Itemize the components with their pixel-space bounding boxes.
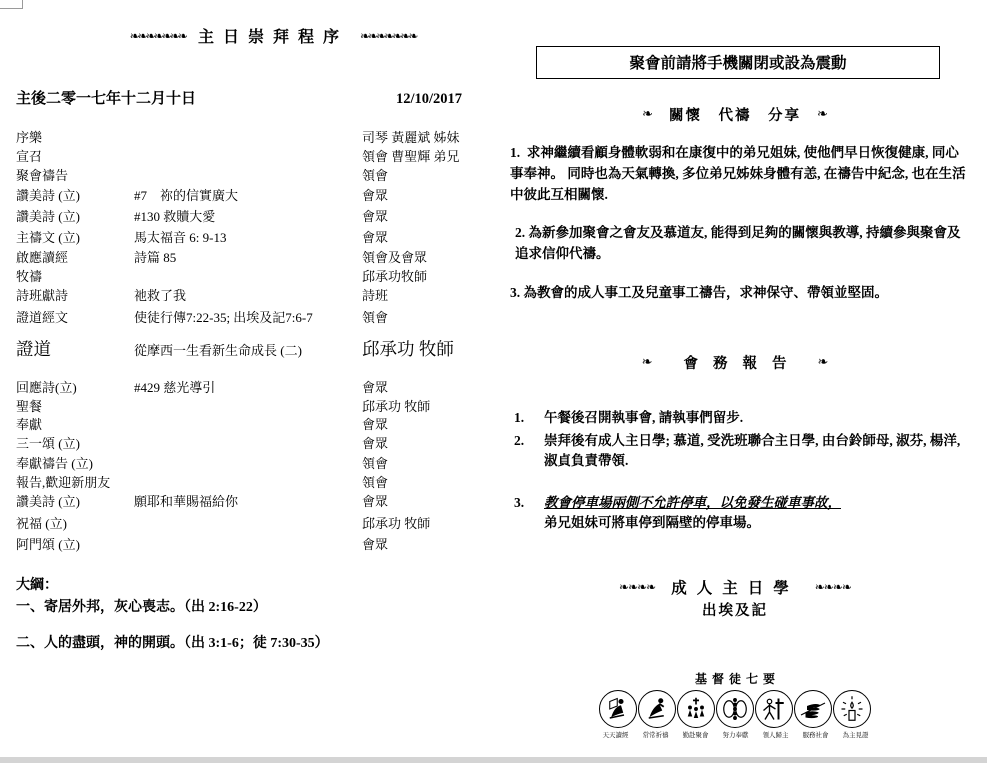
church-meeting-icon [677,690,715,728]
report-item: 1. 午餐後召開執事會, 請執事們留步. [514,408,968,428]
window-corner-artifact [0,0,23,9]
bulletin-sheet: ❧❧❧❧❧❧❧ 主日崇拜程序 ❧❧❧❧❧❧❧ 主後二零一七年十二月十日 12/1… [0,0,987,763]
program-detail: #429 慈光導引 [134,379,362,397]
worship-order-title: 主日崇拜程序 [198,24,348,47]
program-row: 詩班獻詩祂救了我詩班 [16,287,490,305]
program-leader: 領會 [362,167,490,185]
program-leader: 領會及會眾 [362,249,490,267]
date-chinese: 主後二零一七年十二月十日 [16,87,196,108]
program-leader: 邱承功 牧師 [362,337,490,362]
parking-warning-underlined: 教會停車場兩側不允許停車，以免發生碰車事故， [544,493,841,513]
loaves-fishes-icon [716,690,754,728]
sermon-outline: 大綱： 一、寄居外邦，灰心喪志。（出 2:16-22） 二、人的盡頭，神的開頭。… [16,574,490,653]
program-item: 證道經文 [16,309,134,327]
program-leader: 會眾 [362,435,490,453]
serving-hands-icon [794,690,832,728]
sunday-school-subtitle: 出埃及記 [500,599,970,620]
essential-label: 努力奉獻 [717,730,753,739]
candle-witness-icon [833,690,871,728]
prayer-number: 1. [510,145,520,160]
swirl-ornament-icon: ❧ [642,355,653,370]
report-item: 3. 教會停車場兩側不允許停車，以免發生碰車事故， 弟兄姐妹可將車停到隔壁的停車… [514,493,968,533]
program-leader: 邱承功 牧師 [362,515,490,533]
program-leader: 會眾 [362,208,490,226]
program-row-sermon: 證道從摩西一生看新生命成長 (二)邱承功 牧師 [16,337,490,363]
essential-label: 領人歸主 [757,730,793,739]
program-row: 三一頌 (立)會眾 [16,435,490,453]
announcements-page: 聚會前請將手機關閉或設為震動 ❧ 關懷 代禱 分享 ❧ 1. 求神繼續看顧身體軟… [500,46,970,740]
essential-label: 為主見證 [837,730,873,739]
program-item: 讚美詩 (立) [16,187,134,205]
swirl-ornament-icon: ❧❧❧❧ [815,580,851,594]
date-numeric: 12/10/2017 [396,91,462,108]
report-number: 2. [514,431,544,471]
program-item: 聖餐 [16,398,134,416]
program-item: 宣召 [16,148,134,166]
program-leader: 領會 [362,455,490,473]
program-leader: 會眾 [362,379,490,397]
program-row: 報告,歡迎新朋友領會 [16,474,490,492]
care-section-title: 關懷 代禱 分享 [669,104,801,125]
essential-label: 常常祈禱 [637,730,673,739]
program-leader: 領會 [362,474,490,492]
outline-heading: 大綱： [16,574,490,594]
prayer-number: 3. [510,285,520,300]
program-row: 回應詩(立)#429 慈光導引會眾 [16,379,490,397]
report-text: 崇拜後有成人主日學; 慕道, 受洗班聯合主日學, 由台鈴師母, 淑芬, 楊洋, … [544,431,968,471]
program-item: 阿門頌 (立) [16,536,134,554]
seven-essentials-title: 基督徒七要 [690,670,780,687]
program-leader: 領會 曹聖輝 弟兄 [362,148,490,166]
program-row: 主禱文 (立)馬太福音 6: 9-13會眾 [16,229,490,247]
prayer-number: 2. [515,225,525,240]
date-row: 主後二零一七年十二月十日 12/10/2017 [16,87,490,108]
swirl-ornament-icon: ❧ [818,355,829,370]
program-item: 主禱文 (立) [16,229,134,247]
essential-label: 勤赴聚會 [677,730,713,739]
program-item: 奉獻 [16,416,134,434]
program-row: 序樂司琴 黃麗斌 姊妹 [16,129,490,147]
lead-to-christ-icon [755,690,793,728]
essential-label: 服務社會 [797,730,833,739]
program-item: 讚美詩 (立) [16,493,134,511]
seven-essentials-logo: 基督徒七要 [500,670,970,740]
program-leader: 司琴 黃麗斌 姊妹 [362,129,490,147]
parking-warning-rest: 弟兄姐妹可將車停到隔壁的停車場。 [544,513,841,533]
swirl-ornament-icon: ❧ [817,107,828,122]
program-leader: 會眾 [362,416,490,434]
prayer-text: 求神繼續看顧身體軟弱和在康復中的弟兄姐妹, 使他們早日恢復健康, 同心事奉神。 … [510,145,966,202]
program-leader: 邱承功牧師 [362,268,490,286]
outline-point: 二、人的盡頭，神的開頭。（出 3:1-6；徒 7:30-35） [16,634,490,653]
program-detail: 從摩西一生看新生命成長 (二) [134,338,362,363]
program-row: 聖餐邱承功 牧師 [16,398,490,416]
program-item: 三一頌 (立) [16,435,134,453]
program-row: 讚美詩 (立)願耶和華賜福給你會眾 [16,493,490,511]
program-row: 啟應讀經詩篇 85領會及會眾 [16,249,490,267]
prayer-text: 為新參加聚會之會友及慕道友, 能得到足夠的關懷與教導, 持續參與聚會及追求信仰代… [515,225,961,261]
program-leader: 領會 [362,309,490,327]
program-row: 奉獻會眾 [16,416,490,434]
report-number: 3. [514,493,544,533]
reading-bible-icon [599,690,637,728]
program-detail: 馬太福音 6: 9-13 [134,229,362,247]
program-row: 讚美詩 (立)#130 救贖大愛會眾 [16,208,490,226]
essential-label: 天天讀經 [597,730,633,739]
swirl-ornament-icon: ❧ [642,107,653,122]
program-detail: 使徒行傳7:22-35; 出埃及記7:6-7 [134,309,362,327]
program-row: 證道經文使徒行傳7:22-35; 出埃及記7:6-7領會 [16,309,490,327]
report-section-header: ❧ 會務報告 ❧ [500,352,970,373]
report-number: 1. [514,408,544,428]
program-leader: 會眾 [362,493,490,511]
program-row: 宣召領會 曹聖輝 弟兄 [16,148,490,166]
program-row: 讚美詩 (立)#7 祢的信實廣大會眾 [16,187,490,205]
report-text: 教會停車場兩側不允許停車，以免發生碰車事故， 弟兄姐妹可將車停到隔壁的停車場。 [544,493,841,533]
phone-notice-box: 聚會前請將手機關閉或設為震動 [536,46,940,79]
program-leader: 會眾 [362,187,490,205]
program-item: 啟應讀經 [16,249,134,267]
seven-essentials-labels: 天天讀經 常常祈禱 勤赴聚會 努力奉獻 領人歸主 服務社會 為主見證 [596,730,875,740]
outline-point: 一、寄居外邦，灰心喪志。（出 2:16-22） [16,598,490,617]
seven-essentials-icons [599,690,871,728]
care-section-header: ❧ 關懷 代禱 分享 ❧ [500,104,970,125]
horizontal-scrollbar-track[interactable] [0,757,987,763]
page-title: ❧❧❧❧❧❧❧ 主日崇拜程序 ❧❧❧❧❧❧❧ [86,24,460,47]
program-item: 詩班獻詩 [16,287,134,305]
swirl-ornament-icon: ❧❧❧❧ [619,580,655,594]
report-section-title: 會務報告 [669,352,802,373]
program-row: 奉獻禱告 (立)領會 [16,455,490,473]
program-leader: 邱承功 牧師 [362,398,490,416]
report-item: 2. 崇拜後有成人主日學; 慕道, 受洗班聯合主日學, 由台鈴師母, 淑芬, 楊… [514,431,968,471]
program-row: 聚會禱告領會 [16,167,490,185]
program-detail: 願耶和華賜福給你 [134,493,362,511]
program-leader: 會眾 [362,229,490,247]
program-item: 奉獻禱告 (立) [16,455,134,473]
program-list: 序樂司琴 黃麗斌 姊妹 宣召領會 曹聖輝 弟兄 聚會禱告領會 讚美詩 (立)#7… [16,129,490,554]
program-item: 聚會禱告 [16,167,134,185]
program-item: 回應詩(立) [16,379,134,397]
program-item: 讚美詩 (立) [16,208,134,226]
program-item: 祝福 (立) [16,515,134,533]
program-item: 證道 [16,337,134,362]
swirl-ornament-icon: ❧❧❧❧❧❧❧ [360,29,416,43]
program-detail: 祂救了我 [134,287,362,305]
program-item: 序樂 [16,129,134,147]
prayer-item: 2. 為新參加聚會之會友及慕道友, 能得到足夠的關懷與教導, 持續參與聚會及追求… [510,222,968,264]
prayer-text: 為教會的成人事工及兒童事工禱告，求神保守、帶領並堅固。 [524,285,889,300]
sunday-school-header: ❧❧❧❧ 成人主日學 ❧❧❧❧ [500,576,970,598]
prayer-item: 3. 為教會的成人事工及兒童事工禱告，求神保守、帶領並堅固。 [510,282,968,303]
program-row: 阿門頌 (立)會眾 [16,536,490,554]
program-detail: #7 祢的信實廣大 [134,187,362,205]
worship-order-page: ❧❧❧❧❧❧❧ 主日崇拜程序 ❧❧❧❧❧❧❧ 主後二零一七年十二月十日 12/1… [16,24,490,653]
report-list: 1. 午餐後召開執事會, 請執事們留步. 2. 崇拜後有成人主日學; 慕道, 受… [514,408,968,533]
report-text: 午餐後召開執事會, 請執事們留步. [544,408,743,428]
program-detail: #130 救贖大愛 [134,208,362,226]
prayer-item: 1. 求神繼續看顧身體軟弱和在康復中的弟兄姐妹, 使他們早日恢復健康, 同心事奉… [510,142,968,205]
kneeling-prayer-icon [638,690,676,728]
program-leader: 會眾 [362,536,490,554]
sunday-school-title: 成人主日學 [671,576,799,598]
program-detail: 詩篇 85 [134,249,362,267]
program-row: 牧禱邱承功牧師 [16,268,490,286]
program-item: 報告,歡迎新朋友 [16,474,134,492]
program-row: 祝福 (立)邱承功 牧師 [16,515,490,533]
program-item: 牧禱 [16,268,134,286]
swirl-ornament-icon: ❧❧❧❧❧❧❧ [130,29,186,43]
program-leader: 詩班 [362,287,490,305]
